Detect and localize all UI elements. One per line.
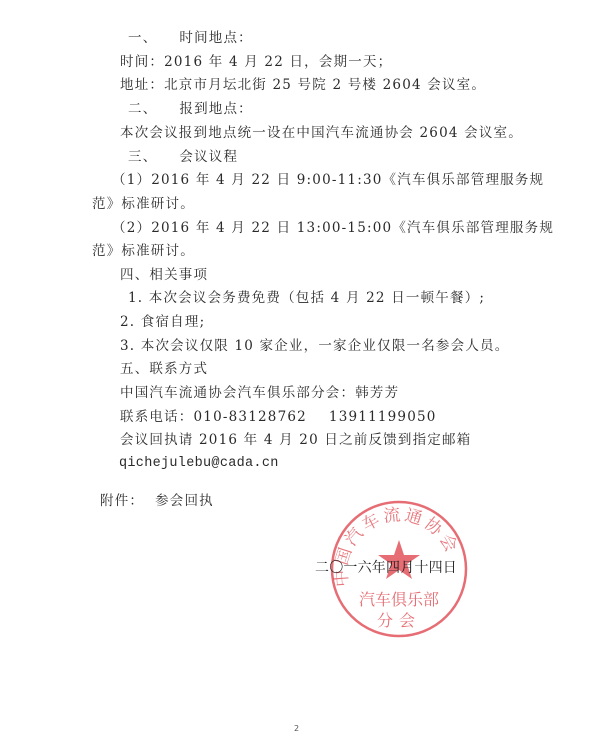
agenda-item-2-cont: 范》标准研讨。 bbox=[92, 242, 195, 260]
page-number: 2 bbox=[294, 724, 299, 733]
note-1: 1. 本次会议会务费免费（包括 4 月 22 日一顿午餐）; bbox=[128, 289, 485, 307]
agenda-item-2: （2）2016 年 4 月 22 日 13:00-15:00《汽车俱乐部管理服务… bbox=[112, 219, 554, 237]
agenda-item-1-cont: 范》标准研讨。 bbox=[92, 195, 195, 213]
agenda-item-1: （1）2016 年 4 月 22 日 9:00-11:30《汽车俱乐部管理服务规 bbox=[112, 171, 544, 189]
email-link[interactable]: qichejulebu@cada.cn bbox=[119, 455, 279, 473]
note-3: 3. 本次会议仅限 10 家企业，一家企业仅限一名参会人员。 bbox=[120, 337, 509, 355]
seal-inner-line1: 汽车俱乐部 bbox=[359, 590, 439, 609]
seal-inner-line2: 分会 bbox=[377, 611, 421, 630]
meeting-address: 地址：北京市月坛北街 25 号院 2 号楼 2604 会议室。 bbox=[120, 76, 486, 94]
section-heading-contact: 五、联系方式 bbox=[120, 360, 208, 378]
contact-org: 中国汽车流通协会汽车俱乐部分会：韩芳芳 bbox=[120, 384, 399, 402]
section-heading-time-location: 一、 时间地点： bbox=[128, 29, 253, 47]
meeting-time: 时间：2016 年 4 月 22 日，会期一天； bbox=[120, 53, 392, 71]
section-heading-notes: 四、相关事项 bbox=[120, 266, 208, 284]
note-2: 2. 食宿自理; bbox=[120, 313, 205, 331]
rsvp-instruction: 会议回执请 2016 年 4 月 20 日之前反馈到指定邮箱 bbox=[120, 431, 471, 449]
section-heading-registration: 二、 报到地点： bbox=[128, 100, 253, 118]
signature-date: 二〇一六年四月十四日 bbox=[315, 557, 457, 577]
section-heading-agenda: 三、 会议议程 bbox=[128, 148, 238, 166]
attachment-note: 附件： 参会回执 bbox=[100, 492, 214, 510]
contact-phone: 联系电话：010-83128762 13911199050 bbox=[120, 408, 437, 426]
registration-location: 本次会议报到地点统一设在中国汽车流通协会 2604 会议室。 bbox=[120, 124, 523, 142]
